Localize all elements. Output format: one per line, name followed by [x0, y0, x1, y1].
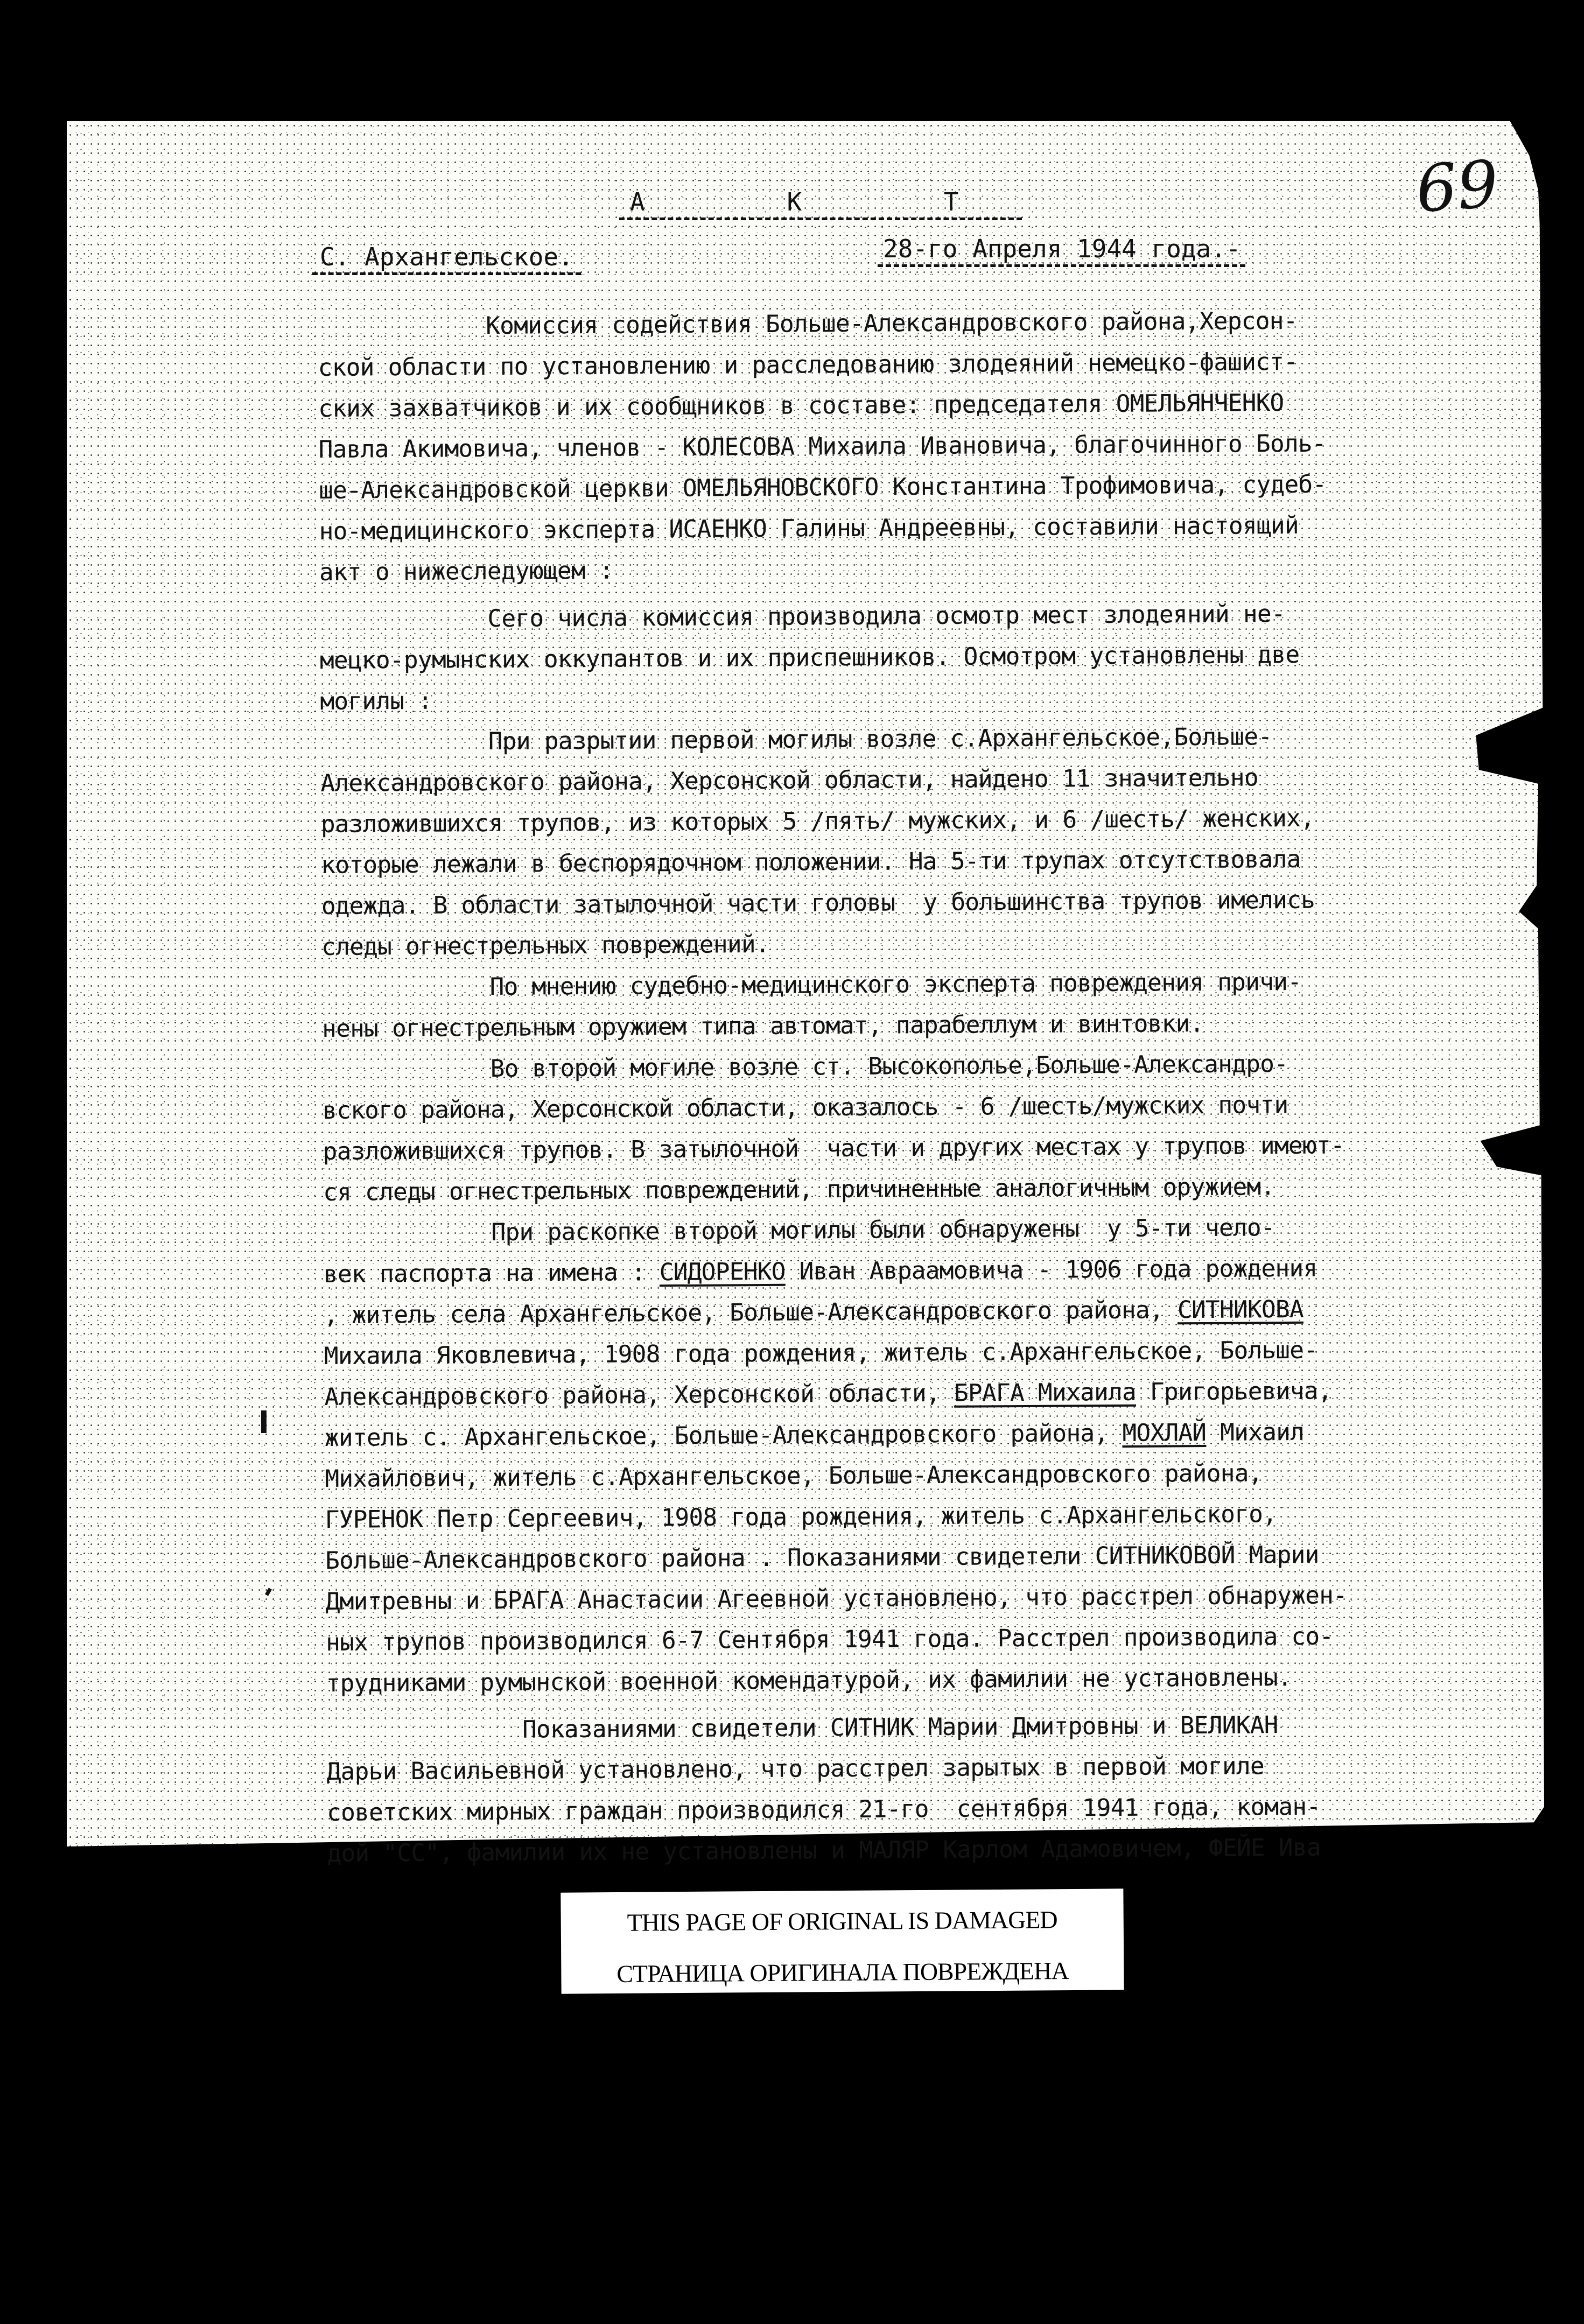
document-line: ской области по установлению и расследов…: [318, 340, 1540, 389]
document-line: житель с. Архангельское, Больше-Александ…: [325, 1410, 1547, 1459]
document-line: вского района, Херсонской области, оказа…: [323, 1083, 1545, 1132]
document-line: ГУРЕНОК Петр Сергеевич, 1908 года рожден…: [325, 1492, 1547, 1541]
document-line: Больше-Александровского района . Показан…: [325, 1533, 1547, 1582]
document-line: Александровского района, Херсонской обла…: [320, 756, 1543, 804]
document-line: Показаниями свидетели СИТНИК Марии Дмитр…: [326, 1703, 1548, 1752]
document-line: При раскопке второй могилы были обнаруже…: [323, 1206, 1545, 1254]
document-line: , житель села Архангельское, Больше-Алек…: [324, 1288, 1546, 1336]
handwritten-page-number: 69: [1413, 147, 1501, 227]
document-line: По мнению судебно-медицинского эксперта …: [322, 960, 1544, 1009]
document-line: ных трупов производился 6-7 Сентября 194…: [326, 1615, 1548, 1663]
underlined-name: БРАГА Михаила: [954, 1379, 1136, 1407]
document-line: Дарьи Васильевной установлено, что расст…: [326, 1744, 1548, 1793]
document-line: дой "СС", фамилии их не установлены и МА…: [327, 1826, 1549, 1874]
document-line: одежда. В области затылочной части голов…: [321, 879, 1544, 927]
document-line: советских мирных граждан производился 21…: [327, 1785, 1549, 1834]
document-line: ся следы огнестрельных повреждений, прич…: [323, 1165, 1545, 1213]
damage-notice-russian: СТРАНИЦА ОРИГИНАЛА ПОВРЕЖДЕНА: [561, 1956, 1124, 1988]
document-line: век паспорта на имена : СИДОРЕНКО Иван А…: [324, 1247, 1546, 1295]
document-line: которые лежали в беспорядочном положении…: [321, 838, 1543, 886]
document-line: Дмитревны и БРАГА Анастасии Агеевной уст…: [325, 1574, 1547, 1623]
document-place: С. Архангельское.: [312, 242, 581, 275]
underlined-name: МОХЛАЙ: [1122, 1419, 1206, 1447]
document-line: мецко-румынских оккупантов и их приспешн…: [320, 633, 1542, 682]
document-line: Во второй могиле возле ст. Высокополье,Б…: [322, 1042, 1544, 1091]
document-line: ше-Александровской церкви ОМЕЛЬЯНОВСКОГО…: [319, 463, 1541, 511]
underlined-name: СИТНИКОВА: [1178, 1296, 1303, 1324]
document-line: разложившихся трупов, из которых 5 /пять…: [321, 797, 1543, 845]
document-line: Михайлович, житель с.Архангельское, Боль…: [325, 1451, 1547, 1500]
document-line: акт о нижеследующем :: [319, 545, 1541, 593]
document-line: ских захватчиков и их сообщников в соста…: [318, 381, 1540, 430]
margin-mark: [261, 1410, 267, 1433]
document-date: 28-го Апреля 1944 года.-: [878, 234, 1245, 267]
document-line: Павла Акимовича, членов - КОЛЕСОВА Михаи…: [318, 422, 1540, 471]
document-line: следы огнестрельных повреждений.: [321, 919, 1544, 968]
document-line: нены огнестрельным оружием типа автомат,…: [322, 1001, 1544, 1050]
document-line: но-медицинского эксперта ИСАЕНКО Галины …: [319, 504, 1541, 552]
damage-notice-english: THIS PAGE OF ORIGINAL IS DAMAGED: [561, 1905, 1124, 1937]
document-title: А К Т: [619, 187, 1022, 220]
damage-notice-label: THIS PAGE OF ORIGINAL IS DAMAGED СТРАНИЦ…: [560, 1888, 1124, 1993]
document-line: Александровского района, Херсонской обла…: [324, 1370, 1546, 1418]
document-line: Сего числа комиссия производила осмотр м…: [319, 592, 1541, 641]
underlined-name: СИДОРЕНКО: [660, 1258, 786, 1286]
document-line: могилы :: [320, 674, 1542, 722]
document-line: трудниками румынской военной комендатуро…: [326, 1656, 1548, 1704]
document-line: Комиссия содействия Больше-Александровск…: [318, 299, 1540, 348]
document-line: При разрытии первой могилы возле с.Архан…: [320, 715, 1543, 763]
document-line: разложившихся трупов. В затылочной части…: [323, 1124, 1545, 1172]
document-line: Михаила Яковлевича, 1908 года рождения, …: [324, 1329, 1546, 1377]
document-body: Комиссия содействия Больше-Александровск…: [318, 299, 1550, 1874]
